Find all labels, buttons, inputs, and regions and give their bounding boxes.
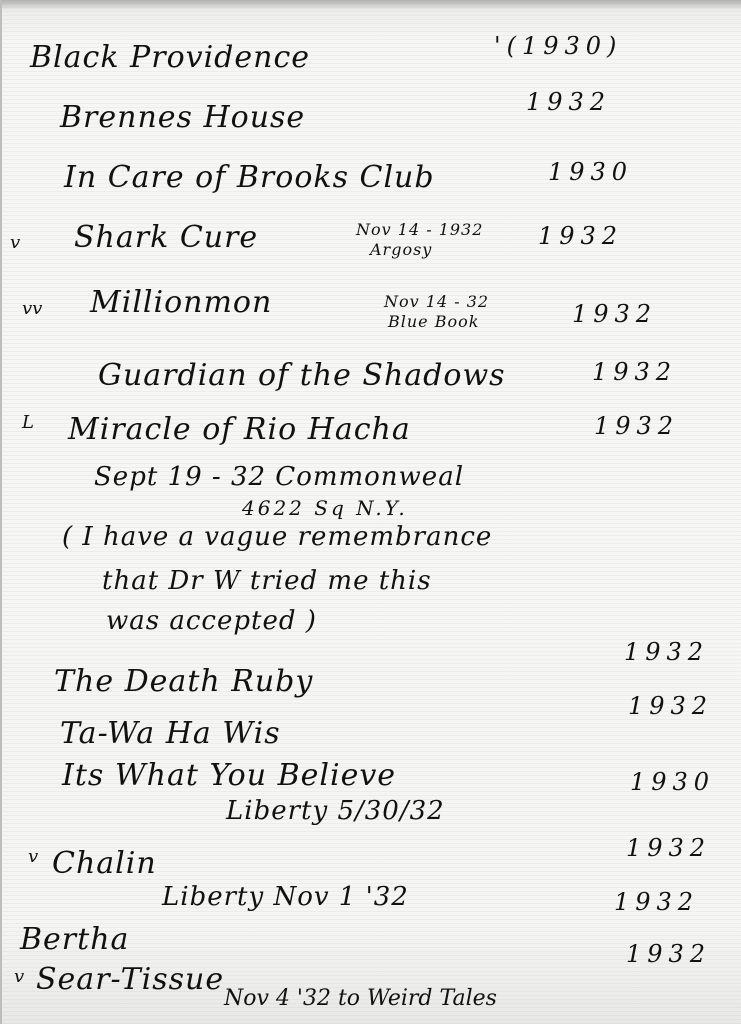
entry-year: 1932 — [538, 222, 623, 250]
annotation-address: 4622 Sq N.Y. — [242, 496, 408, 520]
entry-title: Chalin — [52, 846, 157, 881]
entry-title: Millionmon — [90, 285, 272, 320]
note-date: Nov 14 - 32 — [384, 292, 489, 312]
entry-year: 1932 — [526, 88, 611, 116]
note-magazine: Argosy — [356, 240, 483, 260]
entry-year: 1932 — [594, 412, 679, 440]
entry-title: The Death Ruby — [54, 664, 313, 699]
entry-miracle-of-rio-hacha: Miracle of Rio Hacha — [68, 412, 411, 447]
entry-millionmon: Millionmon — [90, 285, 272, 320]
entry-chalin: Chalin — [52, 846, 157, 881]
entry-title: Guardian of the Shadows — [98, 358, 506, 393]
annotation-commonweal: Sept 19 - 32 Commonweal — [94, 462, 464, 492]
entry-title: In Care of Brooks Club — [64, 160, 435, 195]
entry-ta-wa-ha-wis: Ta-Wa Ha Wis — [60, 716, 281, 751]
entry-year-repeat: 1932 — [614, 888, 699, 916]
check-mark: vv — [22, 298, 42, 319]
entry-shark-cure: Shark Cure — [74, 220, 258, 255]
entry-the-death-ruby: The Death Ruby — [54, 664, 313, 699]
annotation-liberty-date: Liberty 5/30/32 — [226, 796, 445, 826]
annotation-liberty-nov: Liberty Nov 1 '32 — [162, 882, 409, 912]
note-date: Nov 14 - 1932 — [356, 220, 483, 240]
entry-title: Shark Cure — [74, 220, 258, 255]
entry-year: 1932 — [624, 638, 709, 666]
entry-title: Miracle of Rio Hacha — [68, 412, 411, 447]
entry-title: Bertha — [20, 922, 129, 957]
note-magazine: Blue Book — [384, 312, 489, 332]
handwritten-page: Black Providence '(1930) Brennes House 1… — [0, 0, 741, 1024]
entry-title: Black Providence — [30, 40, 310, 75]
entry-black-providence: Black Providence — [30, 40, 310, 75]
page-top-edge — [2, 0, 741, 10]
entry-brennes-house: Brennes House — [60, 100, 305, 135]
entry-year: 1932 — [628, 692, 713, 720]
entry-year: 1932 — [626, 834, 711, 862]
entry-year: 1932 — [626, 940, 711, 968]
annotation-tried: that Dr W tried me this — [102, 566, 432, 596]
entry-year: 1932 — [592, 358, 677, 386]
entry-title: Ta-Wa Ha Wis — [60, 716, 281, 751]
entry-year: 1930 — [548, 158, 633, 186]
publication-note: Nov 14 - 1932 Argosy — [356, 220, 483, 260]
entry-its-what-you-believe: Its What You Believe — [62, 758, 396, 793]
entry-in-care-of-brooks-club: In Care of Brooks Club — [64, 160, 435, 195]
annotation-accepted: was accepted ) — [106, 606, 317, 636]
entry-title: Its What You Believe — [62, 758, 396, 793]
check-mark: L — [22, 412, 34, 433]
entry-year: 1932 — [572, 300, 657, 328]
entry-year: 1930 — [630, 768, 715, 796]
check-mark: v — [10, 232, 20, 253]
annotation-weird-tales: Nov 4 '32 to Weird Tales — [224, 986, 497, 1011]
check-mark: v — [14, 966, 24, 987]
annotation-remembrance: ( I have a vague remembrance — [62, 522, 492, 552]
entry-year: '(1930) — [494, 32, 622, 60]
check-mark: v — [28, 846, 38, 867]
entry-bertha: Bertha — [20, 922, 129, 957]
entry-title: Brennes House — [60, 100, 305, 135]
entry-guardian-of-the-shadows: Guardian of the Shadows — [98, 358, 506, 393]
entry-sear-tissue: Sear-Tissue — [36, 962, 224, 997]
publication-note: Nov 14 - 32 Blue Book — [384, 292, 489, 332]
entry-title: Sear-Tissue — [36, 962, 224, 997]
